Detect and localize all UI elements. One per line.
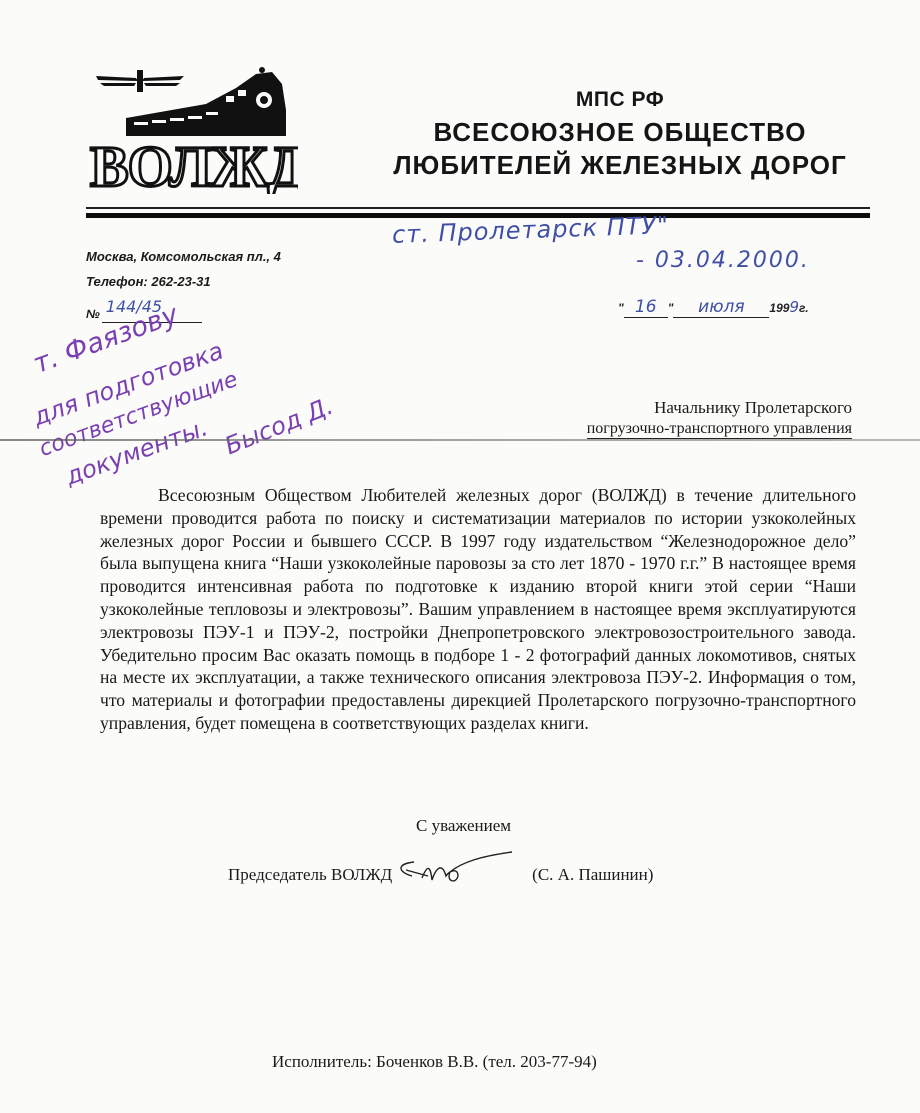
org-address: Москва, Комсомольская пл., 4 xyxy=(86,249,281,264)
org-name-line1: ВСЕСОЮЗНОЕ ОБЩЕСТВО xyxy=(370,116,870,149)
signature-line: Председатель ВОЛЖД(С. А. Пашинин) xyxy=(228,856,653,896)
svg-text:ВОЛЖД: ВОЛЖД xyxy=(90,134,298,194)
date-month-field: июля xyxy=(673,297,769,318)
addressee-block: Начальнику Пролетарского погрузочно-тран… xyxy=(480,398,852,439)
locomotive-emblem-icon: ВОЛЖД xyxy=(86,66,298,194)
org-name-line2: ЛЮБИТЕЛЕЙ ЖЕЛЕЗНЫХ ДОРОГ xyxy=(370,149,870,182)
volzhd-logo: ВОЛЖД xyxy=(86,66,298,194)
date-month: июля xyxy=(698,297,744,317)
date-year-prefix: 199 xyxy=(769,301,789,315)
signer-name: (С. А. Пашинин) xyxy=(532,865,653,884)
letter-date: "16"июля1999г. xyxy=(618,297,809,318)
date-day: 16 xyxy=(635,297,657,317)
resolution-signature: Бысод Д. xyxy=(221,392,337,461)
executor-line: Исполнитель: Боченков В.В. (тел. 203-77-… xyxy=(272,1052,597,1072)
letter-body: Всесоюзным Обществом Любителей железных … xyxy=(100,484,856,735)
winged-wheel-icon xyxy=(96,70,184,92)
addressee-line2: погрузочно-транспортного управления xyxy=(587,420,852,439)
paper-fold-line xyxy=(0,439,920,441)
organization-header: МПС РФ ВСЕСОЮЗНОЕ ОБЩЕСТВО ЛЮБИТЕЛЕЙ ЖЕЛ… xyxy=(370,88,870,182)
header-rule-thin xyxy=(86,207,870,209)
ministry-label: МПС РФ xyxy=(370,88,870,112)
handwritten-signature-icon xyxy=(392,850,522,890)
handwritten-received-date: - 03.04.2000. xyxy=(636,248,810,273)
date-year-suffix: 9 xyxy=(789,298,799,316)
closing-regards: С уважением xyxy=(416,816,511,836)
date-year-g: г. xyxy=(799,301,809,315)
handwritten-resolution: т. Фаязову для подготовка соответствующи… xyxy=(22,312,442,512)
org-phone: Телефон: 262-23-31 xyxy=(86,274,211,289)
body-paragraph: Всесоюзным Обществом Любителей железных … xyxy=(100,484,856,735)
signer-title: Председатель ВОЛЖД xyxy=(228,865,392,884)
addressee-line1: Начальнику Пролетарского xyxy=(480,398,852,418)
date-day-field: 16 xyxy=(624,297,668,318)
